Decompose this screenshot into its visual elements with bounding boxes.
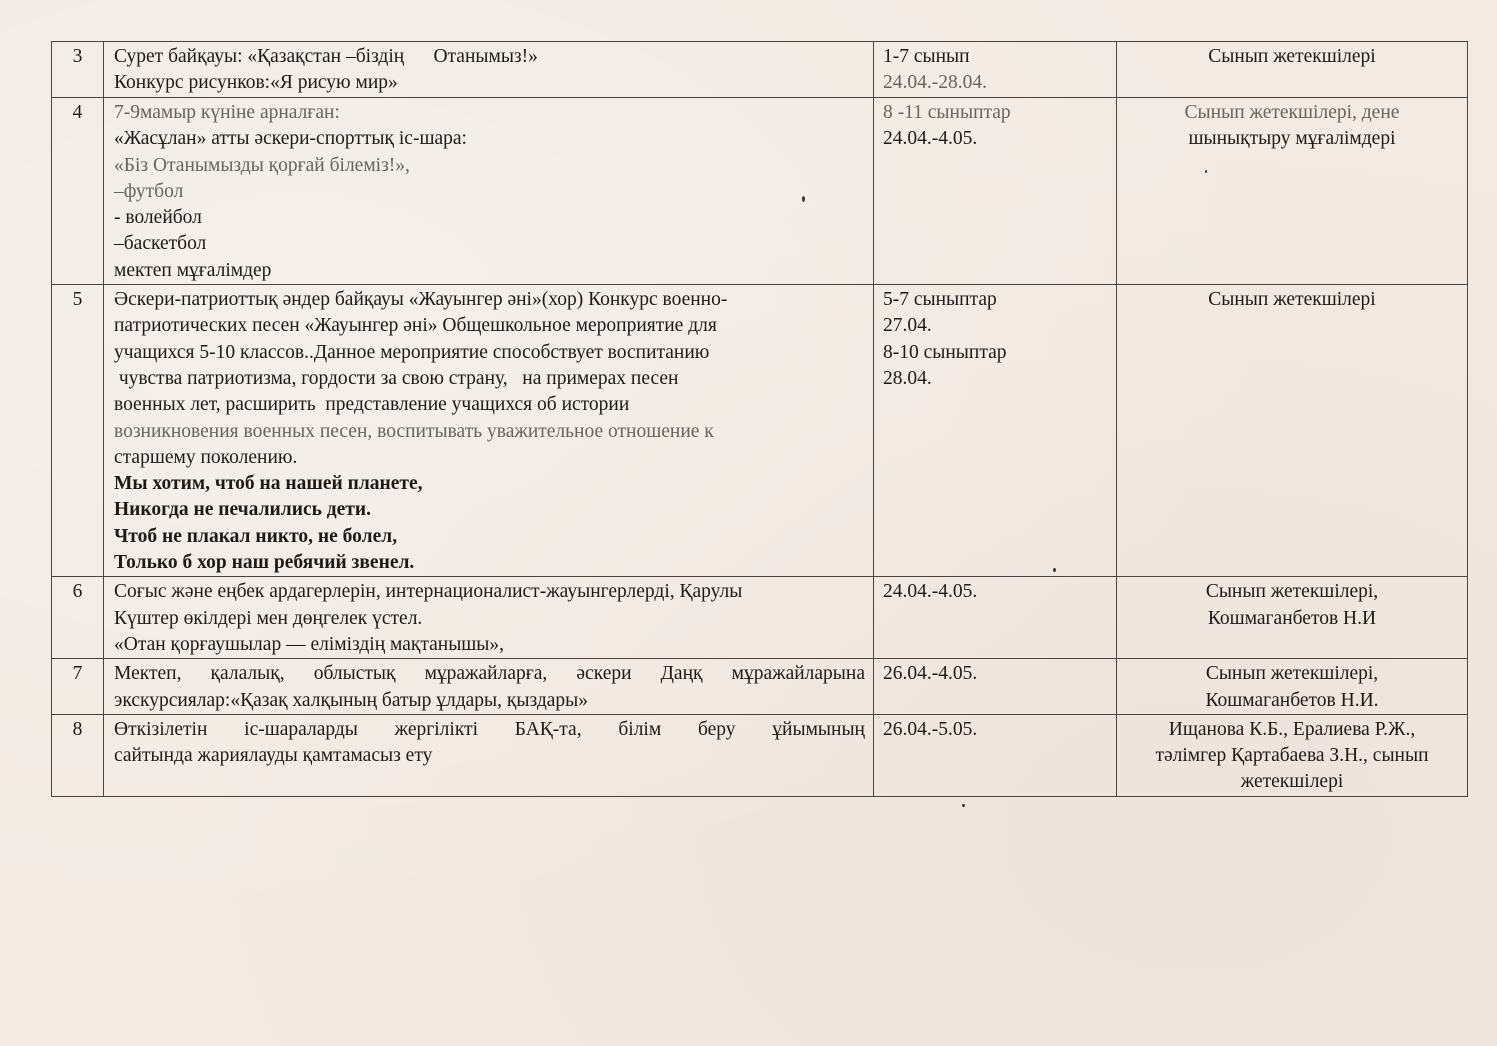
table-row: 3 Сурет байқауы: «Қазақстан –біздің Отан… [52,42,1468,98]
event-cell: 7-9мамыр күніне арналған: «Жасұлан» атты… [104,98,874,285]
responsible-line: Кошмаганбетов Н.И. [1123,688,1461,714]
event-line: чувства патриотизма, гордости за свою ст… [114,366,865,392]
event-cell: Мектеп, қалалық, облыстық мұражайларға, … [104,659,874,715]
event-line: экскурсиялар:«Қазақ халқының батыр ұлдар… [114,688,865,714]
poem-line: Никогда не печалились дети. [114,497,865,523]
responsible-cell: Ищанова К.Б., Ералиева Р.Ж., тәлімгер Қа… [1117,714,1468,796]
dates-line: 24.04.-28.04. [883,70,1110,96]
scan-speck [1053,568,1056,572]
dates-line: 24.04.-4.05. [883,126,1110,152]
poem-line: Чтоб не плакал никто, не болел, [114,524,865,550]
event-cell: Өткізілетін іс-шараларды жергілікті БАҚ-… [104,714,874,796]
responsible-cell: Сынып жетекшілері [1117,285,1468,577]
scan-speck [802,196,805,202]
table-row: 5 Әскери-патриоттық әндер байқауы «Жауын… [52,285,1468,577]
dates-line: 24.04.-4.05. [883,579,1110,605]
dates-line: 8-10 сыныптар [883,340,1110,366]
dates-line: 1-7 сынып [883,44,1110,70]
row-number: 6 [52,577,104,659]
event-line: 7-9мамыр күніне арналған: [114,100,865,126]
responsible-line: Сынып жетекшілері [1123,287,1461,313]
event-line: Өткізілетін іс-шараларды жергілікті БАҚ-… [114,717,865,743]
event-line: патриотических песен «Жауынгер әні» Обще… [114,313,865,339]
row-number: 3 [52,42,104,98]
dates-cell: 26.04.-4.05. [874,659,1117,715]
responsible-line: шынықтыру мұғалімдері [1123,126,1461,152]
row-number: 4 [52,98,104,285]
responsible-line: тәлімгер Қартабаева З.Н., сынып [1123,743,1461,769]
event-line: мектеп мұғалімдер [114,258,865,284]
dates-cell: 1-7 сынып 24.04.-28.04. [874,42,1117,98]
row-number: 5 [52,285,104,577]
responsible-line: Сынып жетекшілері, [1123,579,1461,605]
scan-speck [962,804,965,807]
dates-line: 28.04. [883,366,1110,392]
dates-line: 8 -11 сыныптар [883,100,1110,126]
event-line: возникновения военных песен, воспитывать… [114,419,865,445]
dates-line: 26.04.-5.05. [883,717,1110,743]
event-line: Әскери-патриоттық әндер байқауы «Жауынге… [114,287,865,313]
responsible-cell: Сынып жетекшілері, Кошмаганбетов Н.И. [1117,659,1468,715]
responsible-cell: Сынып жетекшілері, дене шынықтыру мұғалі… [1117,98,1468,285]
table-row: 8 Өткізілетін іс-шараларды жергілікті БА… [52,714,1468,796]
table-row: 4 7-9мамыр күніне арналған: «Жасұлан» ат… [52,98,1468,285]
responsible-line: Сынып жетекшілері [1123,44,1461,70]
event-line: «Біз Отанымызды қорғай білеміз!», [114,153,865,179]
dates-line: 26.04.-4.05. [883,661,1110,687]
row-number: 8 [52,714,104,796]
responsible-cell: Сынып жетекшілері [1117,42,1468,98]
event-line: Конкурс рисунков:«Я рисую мир» [114,70,865,96]
event-line: «Жасұлан» атты әскери-спорттық іс-шара: [114,126,865,152]
event-line: военных лет, расширить представление уча… [114,392,865,418]
event-line: –футбол [114,179,865,205]
scan-speck [1205,170,1207,173]
dates-line: 5-7 сыныптар [883,287,1110,313]
event-line: Соғыс және еңбек ардагерлерін, интернаци… [114,579,865,605]
poem-line: Мы хотим, чтоб на нашей планете, [114,471,865,497]
responsible-cell: Сынып жетекшілері, Кошмаганбетов Н.И [1117,577,1468,659]
event-cell: Сурет байқауы: «Қазақстан –біздің Отаным… [104,42,874,98]
event-line: Күштер өкілдері мен дөңгелек үстел. [114,606,865,632]
event-line: - волейбол [114,205,865,231]
event-cell: Әскери-патриоттық әндер байқауы «Жауынге… [104,285,874,577]
poem-line: Только б хор наш ребячий звенел. [114,550,865,576]
row-number: 7 [52,659,104,715]
event-line: старшему поколению. [114,445,865,471]
table-row: 7 Мектеп, қалалық, облыстық мұражайларға… [52,659,1468,715]
event-plan-table: 3 Сурет байқауы: «Қазақстан –біздің Отан… [51,41,1468,797]
event-line: –баскетбол [114,231,865,257]
responsible-line: Сынып жетекшілері, [1123,661,1461,687]
responsible-line: Ищанова К.Б., Ералиева Р.Ж., [1123,717,1461,743]
event-line: Мектеп, қалалық, облыстық мұражайларға, … [114,661,865,687]
table-row: 6 Соғыс және еңбек ардагерлерін, интерна… [52,577,1468,659]
event-line: учащихся 5-10 классов..Данное мероприяти… [114,340,865,366]
responsible-line: жетекшілері [1123,769,1461,795]
dates-line: 27.04. [883,313,1110,339]
dates-cell: 24.04.-4.05. [874,577,1117,659]
dates-cell: 8 -11 сыныптар 24.04.-4.05. [874,98,1117,285]
event-line: Сурет байқауы: «Қазақстан –біздің Отаным… [114,44,865,70]
dates-cell: 26.04.-5.05. [874,714,1117,796]
event-line: «Отан қорғаушылар — еліміздің мақтанышы»… [114,632,865,658]
dates-cell: 5-7 сыныптар 27.04. 8-10 сыныптар 28.04. [874,285,1117,577]
event-cell: Соғыс және еңбек ардагерлерін, интернаци… [104,577,874,659]
event-line: сайтында жариялауды қамтамасыз ету [114,743,865,769]
responsible-line: Сынып жетекшілері, дене [1123,100,1461,126]
responsible-line: Кошмаганбетов Н.И [1123,606,1461,632]
scanned-page: 3 Сурет байқауы: «Қазақстан –біздің Отан… [0,0,1497,1046]
